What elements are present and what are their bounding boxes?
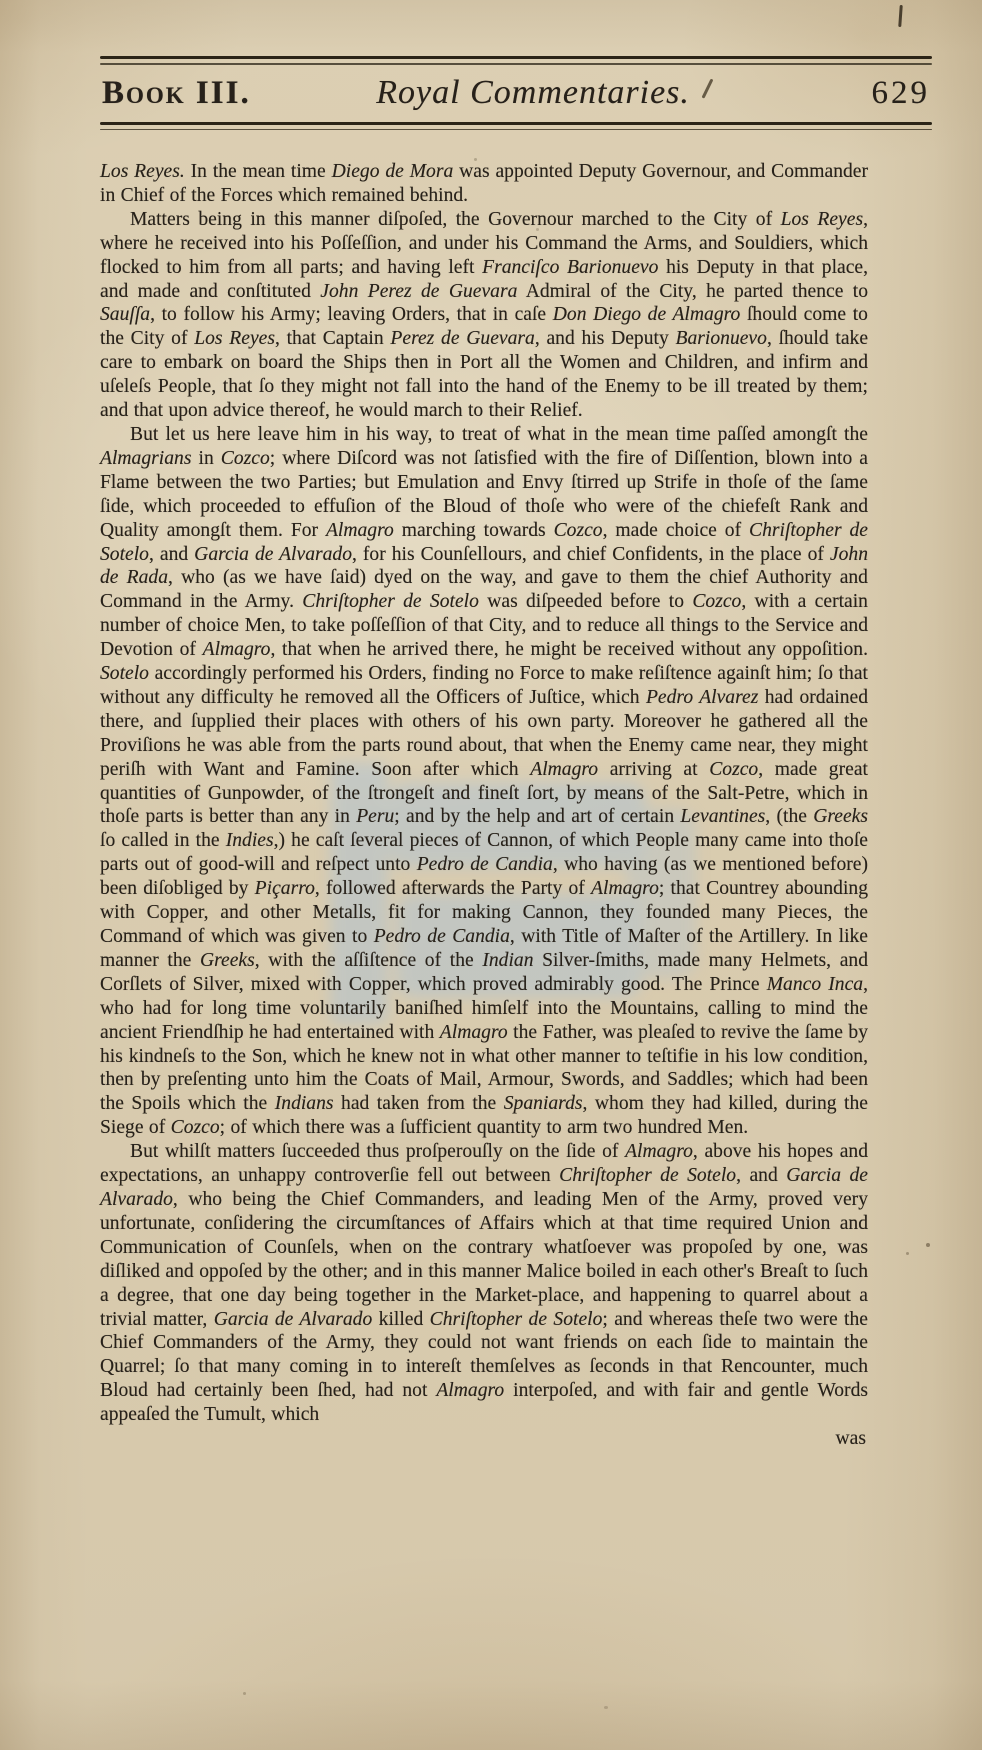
book-page: Book III. Royal Commentaries. 629 Los Re…	[0, 0, 982, 1750]
text-segment: Matters being in this manner diſpoſed, t…	[130, 209, 781, 230]
text-segment: But whilſt matters ſucceeded thus proſpe…	[130, 1141, 625, 1162]
text-segment: killed	[372, 1309, 429, 1330]
italic-text-segment: Garcia de Alvarado	[194, 544, 352, 565]
text-segment: ; and by the help and art of certain	[394, 806, 680, 827]
paragraph: But let us here leave him in his way, to…	[100, 423, 868, 1140]
text-segment: , for his Counſellours, and chief Confid…	[352, 544, 830, 565]
fox-spot	[906, 1252, 909, 1255]
fox-spot	[604, 1706, 608, 1709]
italic-text-segment: Almagro	[625, 1141, 693, 1162]
italic-text-segment: Barionuevo	[676, 328, 767, 349]
text-segment: was diſpeeded before to	[479, 591, 692, 612]
text-segment: , and his Deputy	[535, 328, 676, 349]
italic-text-segment: Los Reyes	[781, 209, 864, 230]
text-segment: ; of which there was a ſufficient quanti…	[220, 1117, 749, 1138]
italic-text-segment: Greeks	[813, 806, 868, 827]
header-bottom-rule-echo	[100, 129, 932, 131]
italic-text-segment: Chriſtopher de Sotelo	[302, 591, 479, 612]
italic-text-segment: Franciſco Barionuevo	[482, 257, 658, 278]
italic-text-segment: Levantines	[680, 806, 765, 827]
italic-text-segment: Manco Inca	[767, 974, 863, 995]
italic-text-segment: Almagro	[530, 759, 598, 780]
paragraph-container: Los Reyes. In the mean time Diego de Mor…	[100, 160, 868, 1427]
italic-text-segment: Pedro de Candia	[374, 926, 510, 947]
italic-text-segment: Chriſtopher de Sotelo	[430, 1309, 603, 1330]
italic-text-segment: Sotelo	[100, 663, 149, 684]
text-segment: But let us here leave him in his way, to…	[130, 424, 868, 445]
text-block: Los Reyes. In the mean time Diego de Mor…	[100, 160, 868, 1451]
italic-text-segment: Almagro	[326, 520, 394, 541]
catchword: was	[836, 1428, 866, 1449]
page-number: 629	[872, 75, 931, 112]
fox-spot	[926, 1243, 930, 1247]
text-segment: , to follow his Army; leaving Orders, th…	[150, 304, 553, 325]
italic-text-segment: Peru	[356, 806, 394, 827]
text-segment: , made choice of	[603, 520, 749, 541]
catchword-row: was	[100, 1427, 868, 1451]
paragraph: But whilſt matters ſucceeded thus proſpe…	[100, 1140, 868, 1427]
text-segment: marching towards	[394, 520, 554, 541]
header-top-rule-echo	[100, 63, 932, 65]
italic-text-segment: Spaniards	[504, 1093, 583, 1114]
fox-spot	[243, 1692, 246, 1695]
italic-text-segment: Almagro	[203, 639, 271, 660]
text-segment: , and	[736, 1165, 786, 1186]
italic-text-segment: Piçarro	[255, 878, 315, 899]
text-segment: , that when he arrived there, he might b…	[270, 639, 868, 660]
italic-text-segment: Cozco	[709, 759, 758, 780]
italic-text-segment: Garcia de Alvarado	[214, 1309, 373, 1330]
italic-text-segment: Chriſtopher de Sotelo	[559, 1165, 736, 1186]
italic-text-segment: Almagro	[591, 878, 659, 899]
text-segment: , followed afterwards the Party of	[315, 878, 591, 899]
italic-text-segment: Indies	[226, 830, 274, 851]
header-top-rule	[100, 56, 932, 59]
italic-text-segment: Pedro de Candia	[417, 854, 553, 875]
italic-text-segment: Almagro	[436, 1380, 504, 1401]
italic-text-segment: Greeks	[200, 950, 255, 971]
italic-text-segment: Sauſſa	[100, 304, 150, 325]
text-segment: arriving at	[598, 759, 709, 780]
text-segment: , that Captain	[275, 328, 390, 349]
italic-text-segment: Almagro	[440, 1022, 508, 1043]
paragraph: Los Reyes. In the mean time Diego de Mor…	[100, 160, 868, 208]
running-header: Book III. Royal Commentaries. 629	[100, 56, 932, 130]
italic-text-segment: John Perez de Guevara	[320, 281, 517, 302]
header-bottom-rule	[100, 122, 932, 125]
italic-text-segment: Los Reyes.	[100, 161, 185, 182]
italic-text-segment: Pedro Alvarez	[646, 687, 758, 708]
italic-text-segment: Perez de Guevara	[390, 328, 534, 349]
paragraph: Matters being in this manner diſpoſed, t…	[100, 208, 868, 423]
text-segment: , with the aſſiſtence of the	[255, 950, 483, 971]
italic-text-segment: Indians	[275, 1093, 334, 1114]
italic-text-segment: Cozco	[171, 1117, 220, 1138]
text-segment: , (the	[765, 806, 813, 827]
italic-text-segment: Cozco	[221, 448, 270, 469]
ink-tick-mark	[898, 5, 903, 27]
text-segment: In the mean time	[185, 161, 332, 182]
text-segment: , and	[149, 544, 194, 565]
text-segment: in	[191, 448, 220, 469]
page-title: Royal Commentaries.	[223, 74, 844, 112]
italic-text-segment: Cozco	[692, 591, 741, 612]
text-segment: Admiral of the City, he parted thence to	[517, 281, 868, 302]
italic-text-segment: Diego de Mora	[332, 161, 454, 182]
text-segment: ſo called in the	[100, 830, 226, 851]
text-segment: had taken from the	[334, 1093, 504, 1114]
italic-text-segment: Cozco	[554, 520, 603, 541]
italic-text-segment: Almagrians	[100, 448, 191, 469]
italic-text-segment: Los Reyes	[194, 328, 275, 349]
italic-text-segment: Indian	[482, 950, 533, 971]
italic-text-segment: Don Diego de Almagro	[553, 304, 741, 325]
